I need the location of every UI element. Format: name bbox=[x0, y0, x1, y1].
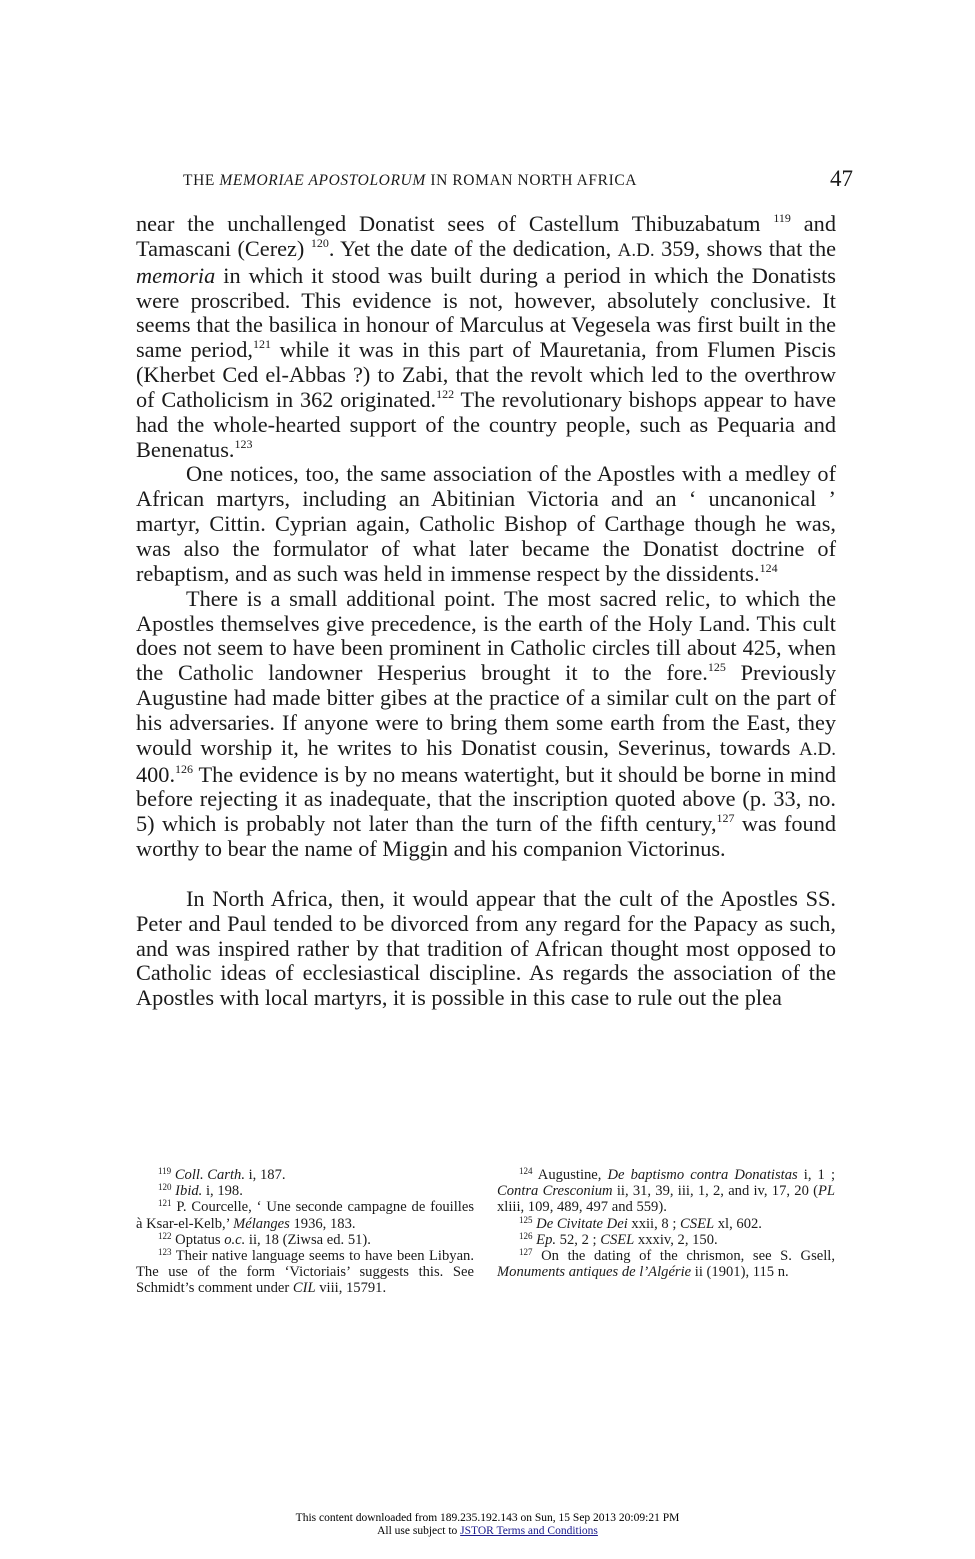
running-header: THE MEMORIAE APOSTOLORUM IN ROMAN NORTH … bbox=[183, 170, 853, 196]
running-title: THE MEMORIAE APOSTOLORUM IN ROMAN NORTH … bbox=[183, 172, 637, 190]
footnote-ref: 124 bbox=[760, 561, 778, 575]
download-info: This content downloaded from 189.235.192… bbox=[0, 1512, 975, 1525]
paragraph-1: near the unchallenged Donatist sees of C… bbox=[136, 212, 836, 462]
footnote-ref: 127 bbox=[717, 811, 735, 825]
footnote-121: 121 P. Courcelle, ‘ Une seconde campagne… bbox=[136, 1199, 474, 1231]
footnote-126: 126 Ep. 52, 2 ; CSEL xxxiv, 2, 150. bbox=[497, 1232, 835, 1248]
paragraph-2: One notices, too, the same association o… bbox=[136, 462, 836, 586]
footnote-ref: 121 bbox=[253, 337, 271, 351]
footnote-ref: 126 bbox=[175, 762, 193, 776]
footnote-ref: 120 bbox=[311, 236, 329, 250]
footnote-ref: 119 bbox=[773, 211, 791, 225]
paragraph-3: There is a small additional point. The m… bbox=[136, 587, 836, 862]
footnote-119: 119 Coll. Carth. i, 187. bbox=[136, 1167, 474, 1183]
footnote-127: 127 On the dating of the chrismon, see S… bbox=[497, 1248, 835, 1280]
page-number: 47 bbox=[830, 166, 853, 192]
paragraph-4: In North Africa, then, it would appear t… bbox=[136, 887, 836, 1011]
footnote-ref: 123 bbox=[234, 437, 252, 451]
terms-line: All use subject to JSTOR Terms and Condi… bbox=[0, 1525, 975, 1538]
footnote-ref: 125 bbox=[708, 660, 726, 674]
footnote-123: 123 Their native language seems to have … bbox=[136, 1248, 474, 1297]
footnote-120: 120 Ibid. i, 198. bbox=[136, 1183, 474, 1199]
download-notice: This content downloaded from 189.235.192… bbox=[0, 1512, 975, 1538]
footnote-122: 122 Optatus o.c. ii, 18 (Ziwsa ed. 51). bbox=[136, 1232, 474, 1248]
footnotes-right-column: 124 Augustine, De baptismo contra Donati… bbox=[497, 1167, 835, 1280]
footnote-ref: 122 bbox=[436, 387, 454, 401]
footnote-125: 125 De Civitate Dei xxii, 8 ; CSEL xl, 6… bbox=[497, 1216, 835, 1232]
body-text: near the unchallenged Donatist sees of C… bbox=[136, 212, 836, 1011]
footnotes-left-column: 119 Coll. Carth. i, 187. 120 Ibid. i, 19… bbox=[136, 1167, 474, 1297]
footnote-124: 124 Augustine, De baptismo contra Donati… bbox=[497, 1167, 835, 1216]
jstor-terms-link[interactable]: JSTOR Terms and Conditions bbox=[460, 1525, 598, 1537]
